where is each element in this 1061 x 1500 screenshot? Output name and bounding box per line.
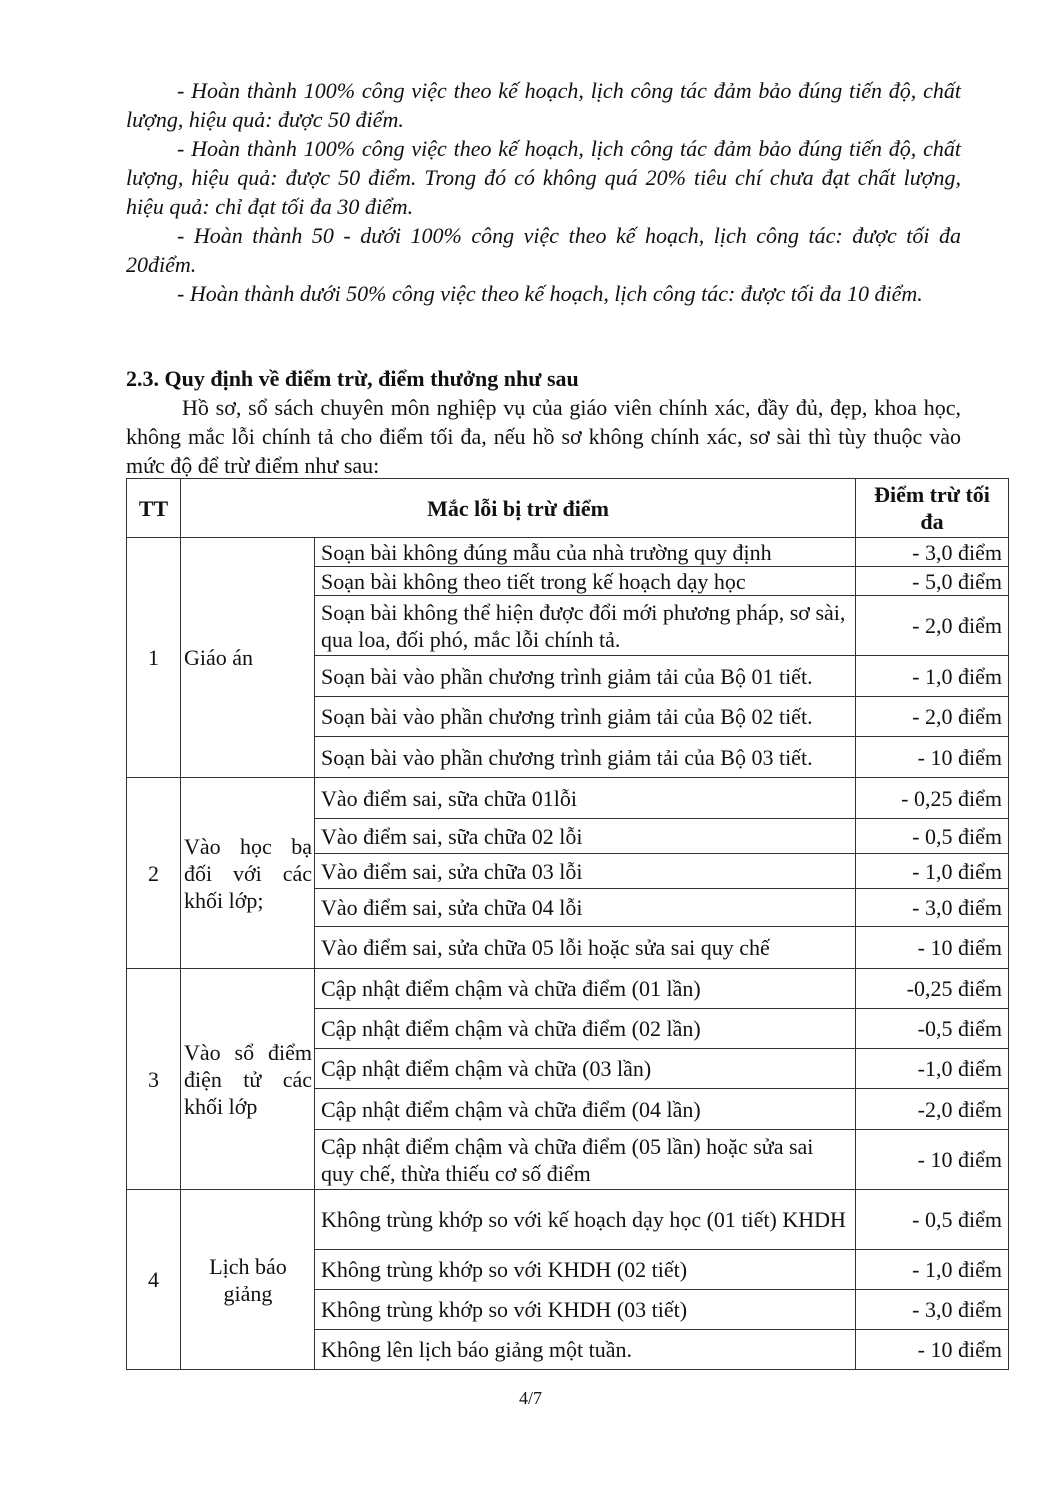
section-intro: Hồ sơ, sổ sách chuyên môn nghiệp vụ của …: [126, 393, 961, 480]
deduction-score: - 2,0 điểm: [856, 697, 1009, 737]
group-name: Vào sổ điểm điện tử các khối lớp: [181, 969, 315, 1190]
group-number: 3: [127, 969, 181, 1190]
error-description: Không trùng khớp so với KHDH (03 tiết): [315, 1290, 856, 1330]
deduction-score: -1,0 điểm: [856, 1049, 1009, 1089]
error-description: Vào điểm sai, sữa chữa 02 lỗi: [315, 819, 856, 854]
paragraph-criteria-3: - Hoàn thành 50 - dưới 100% công việc th…: [126, 221, 961, 279]
deduction-score: - 1,0 điểm: [856, 1250, 1009, 1290]
paragraph-criteria-2: - Hoàn thành 100% công việc theo kế hoạc…: [126, 134, 961, 221]
error-description: Cập nhật điểm chậm và chữa điểm (04 lần): [315, 1089, 856, 1130]
error-description: Vào điểm sai, sửa chữa 03 lỗi: [315, 854, 856, 889]
error-description: Cập nhật điểm chậm và chữa điểm (01 lần): [315, 969, 856, 1009]
table-header-row: TT Mắc lỗi bị trừ điểm Điểm trừ tối đa: [127, 479, 1009, 538]
error-description: Cập nhật điểm chậm và chữa (03 lần): [315, 1049, 856, 1089]
error-description: Soạn bài vào phần chương trình giảm tải …: [315, 697, 856, 737]
deduction-score: - 3,0 điểm: [856, 538, 1009, 567]
deduction-score: - 10 điểm: [856, 1330, 1009, 1370]
group-name: Vào học bạ đối với các khối lớp;: [181, 778, 315, 969]
paragraph-criteria-4: - Hoàn thành dưới 50% công việc theo kế …: [126, 279, 961, 308]
section-heading: 2.3. Quy định về điểm trừ, điểm thưởng n…: [126, 364, 579, 393]
error-description: Soạn bài không đúng mẫu của nhà trường q…: [315, 538, 856, 567]
error-description: Soạn bài không thể hiện được đổi mới phư…: [315, 596, 856, 656]
header-score: Điểm trừ tối đa: [856, 479, 1009, 538]
error-description: Soạn bài không theo tiết trong kế hoạch …: [315, 567, 856, 596]
error-description: Vào điểm sai, sửa chữa 05 lỗi hoặc sửa s…: [315, 927, 856, 969]
deduction-score: - 3,0 điểm: [856, 1290, 1009, 1330]
group-name: Giáo án: [181, 538, 315, 778]
deduction-score: - 5,0 điểm: [856, 567, 1009, 596]
paragraph-criteria-1: - Hoàn thành 100% công việc theo kế hoạc…: [126, 76, 961, 134]
group-number: 4: [127, 1190, 181, 1370]
header-tt: TT: [127, 479, 181, 538]
deduction-score: - 0,5 điểm: [856, 1190, 1009, 1250]
deduction-score: - 2,0 điểm: [856, 596, 1009, 656]
error-description: Vào điểm sai, sữa chữa 01lỗi: [315, 778, 856, 819]
table-row: 3Vào sổ điểm điện tử các khối lớpCập nhậ…: [127, 969, 1009, 1009]
error-description: Soạn bài vào phần chương trình giảm tải …: [315, 737, 856, 778]
table-row: 1Giáo ánSoạn bài không đúng mẫu của nhà …: [127, 538, 1009, 567]
error-description: Cập nhật điểm chậm và chữa điểm (02 lần): [315, 1009, 856, 1049]
table-row: 2Vào học bạ đối với các khối lớp;Vào điể…: [127, 778, 1009, 819]
deduction-score: - 1,0 điểm: [856, 854, 1009, 889]
error-description: Không trùng khớp so với KHDH (02 tiết): [315, 1250, 856, 1290]
deduction-score: -0,5 điểm: [856, 1009, 1009, 1049]
deduction-score: - 10 điểm: [856, 927, 1009, 969]
deduction-score: - 3,0 điểm: [856, 889, 1009, 927]
error-description: Không trùng khớp so với kế hoạch dạy học…: [315, 1190, 856, 1250]
deduction-score: - 0,5 điểm: [856, 819, 1009, 854]
header-error: Mắc lỗi bị trừ điểm: [181, 479, 856, 538]
page-number: 4/7: [0, 1388, 1061, 1409]
deduction-score: -2,0 điểm: [856, 1089, 1009, 1130]
error-description: Vào điểm sai, sửa chữa 04 lỗi: [315, 889, 856, 927]
error-description: Không lên lịch báo giảng một tuần.: [315, 1330, 856, 1370]
error-description: Soạn bài vào phần chương trình giảm tải …: [315, 656, 856, 697]
group-name: Lịch báo giảng: [181, 1190, 315, 1370]
deduction-score: -0,25 điểm: [856, 969, 1009, 1009]
deduction-table: TT Mắc lỗi bị trừ điểm Điểm trừ tối đa 1…: [126, 478, 1009, 1370]
deduction-score: - 1,0 điểm: [856, 656, 1009, 697]
group-number: 1: [127, 538, 181, 778]
error-description: Cập nhật điểm chậm và chữa điểm (05 lần)…: [315, 1130, 856, 1190]
deduction-score: - 0,25 điểm: [856, 778, 1009, 819]
deduction-score: - 10 điểm: [856, 737, 1009, 778]
table-row: 4Lịch báo giảngKhông trùng khớp so với k…: [127, 1190, 1009, 1250]
group-number: 2: [127, 778, 181, 969]
deduction-score: - 10 điểm: [856, 1130, 1009, 1190]
